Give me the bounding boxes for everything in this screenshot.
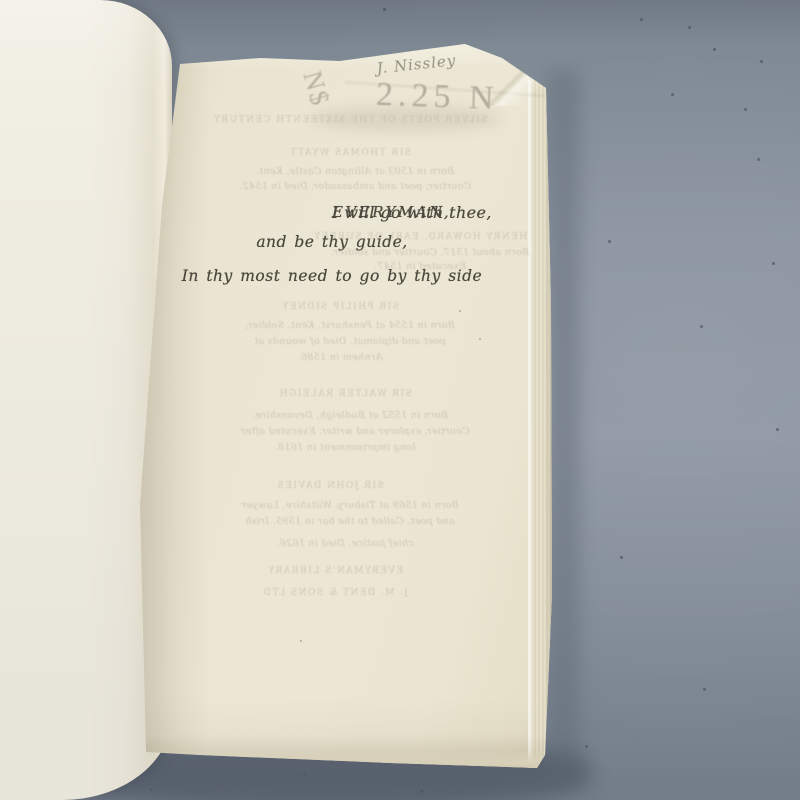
ghost-text-line: chief justice. Died in 1626.: [276, 538, 414, 549]
surface-speck: [760, 60, 763, 63]
ghost-text-line: SIR PHILIP SIDNEY: [281, 302, 399, 312]
ghost-text-line: Born in 1554 at Penshurst, Kent. Soldier…: [245, 320, 455, 331]
motto-line-3: In thy most need to go by thy side: [182, 267, 482, 285]
paper-speck: [479, 338, 481, 340]
ghost-text-line: SIR JOHN DAVIES: [276, 481, 384, 491]
surface-speck: [703, 688, 706, 691]
ghost-text-line: and poet. Called to the bar in 1595. Iri…: [245, 516, 455, 527]
surface-speck: [671, 93, 674, 96]
surface-speck: [688, 26, 691, 29]
book-page: SILVER POETS OF THE SIXTEENTH CENTURYSIR…: [140, 40, 552, 770]
surface-speck: [776, 428, 779, 431]
ghost-text-line: long imprisonment in 1618.: [274, 442, 415, 453]
surface-speck: [608, 240, 611, 243]
surface-speck: [713, 48, 716, 51]
ghost-text-line: Born in 1503 at Allington Castle, Kent.: [256, 166, 455, 177]
ghost-text-line: Born in 1552 at Budleigh, Devonshire.: [252, 410, 448, 421]
ghost-text-line: Born in 1569 at Tisbury, Wiltshire. Lawy…: [241, 500, 458, 511]
surface-speck: [620, 556, 623, 559]
ghost-text-line: poet and diplomat. Died of wounds at: [254, 336, 446, 347]
motto-line-2: and be thy guide,: [256, 233, 407, 251]
ghost-text-line: Arnhem in 1586.: [297, 352, 382, 363]
book-photo-scene: SILVER POETS OF THE SIXTEENTH CENTURYSIR…: [0, 0, 800, 800]
motto-line-1-italic: I will go with thee,: [332, 203, 492, 222]
surface-speck: [700, 325, 703, 328]
ghost-text-line: SIR WALTER RALEIGH: [278, 389, 412, 399]
surface-speck: [640, 18, 643, 21]
ghost-text-line: EVERYMAN'S LIBRARY: [267, 566, 403, 576]
surface-speck: [383, 8, 386, 11]
paper-speck: [459, 310, 461, 312]
surface-speck: [772, 262, 775, 265]
price-stamp-prefix: N$: [297, 68, 336, 111]
ghost-text-line: Courtier, poet and ambassador. Died in 1…: [239, 181, 471, 192]
ghost-text-line: Courtier, explorer and writer. Executed …: [240, 426, 469, 437]
surface-speck: [585, 745, 588, 748]
ghost-text-line: J. M. DENT & SONS LTD: [262, 588, 407, 598]
surface-speck: [757, 158, 760, 161]
stamp-smudge: [310, 106, 500, 132]
ghost-text-line: SIR THOMAS WYATT: [289, 148, 411, 158]
surface-speck: [744, 108, 747, 111]
paper-speck: [300, 640, 302, 642]
